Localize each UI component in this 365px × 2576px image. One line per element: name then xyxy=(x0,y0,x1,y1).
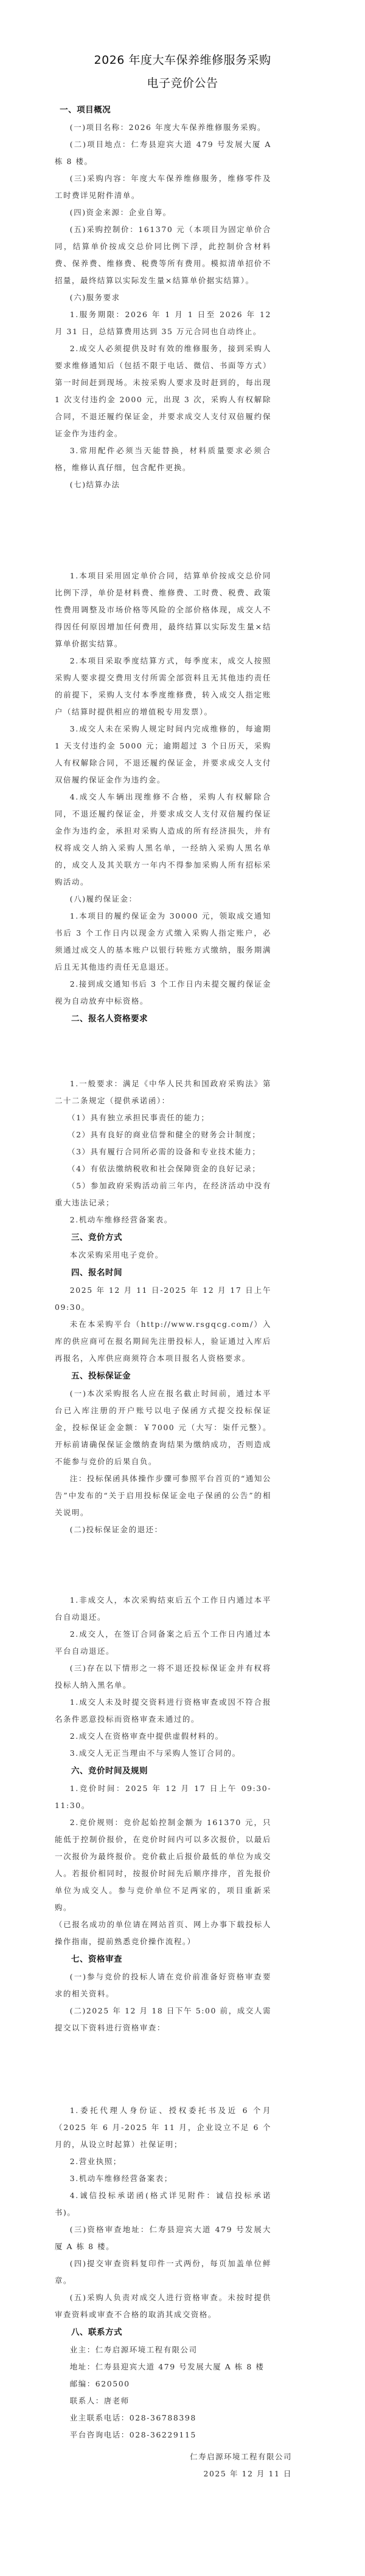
paragraph: 4.诚信投标承诺函(格式详见附件：诚信投标承诺书)。 xyxy=(55,2187,271,2221)
paragraph: 3.成交人无正当理由不与采购人签订合同的。 xyxy=(55,1745,271,1762)
contact-address: 地址：仁寿县迎宾大道 479 号发展大厦 A 栋 8 楼 xyxy=(55,2358,271,2376)
paragraph: (一)项目名称：2026 年度大车保养维修服务采购。 xyxy=(55,119,271,136)
paragraph: 2.本项目采取季度结算方式，每季度末，成交人按照采购人要求提交费用支付所需全部资… xyxy=(55,653,271,721)
paragraph: (六)服务要求 xyxy=(55,289,271,306)
paragraph: (四)提交审查资料复印件一式两份，每页加盖单位鲜章。 xyxy=(55,2255,271,2289)
section-heading: 六、竞价时间及规则 xyxy=(55,1762,271,1780)
signature-company: 仁寿启源环境工程有限公司 xyxy=(182,2448,292,2465)
paragraph: 2.营业执照； xyxy=(55,2153,271,2170)
list-item: （5）参加政府采购活动前三年内，在经济活动中没有重大违法记录； xyxy=(55,1177,271,1211)
paragraph: (五)采购控制价：161370 元（本项目为固定单价合同，结算单价按成交总价同比… xyxy=(55,221,271,289)
section-heading: 四、报名时间 xyxy=(55,1264,271,1282)
paragraph: (三)采购内容：年度大车保养维修服务，维修零件及工时费详见附件清单。 xyxy=(55,170,271,204)
paragraph: 1.委托代理人身份证、授权委托书及近 6 个月（2025 年 6 月-2025 … xyxy=(55,2102,271,2153)
paragraph: 2.机动车维修经营备案表。 xyxy=(55,1211,271,1228)
contact-postcode: 邮编：620500 xyxy=(55,2376,271,2393)
paragraph: 2.成交人在资格审查中提供虚假材料的。 xyxy=(55,1728,271,1745)
paragraph: (五)采购人负责对成交人进行资格审查。未按时提供审查资料或审查不合格的取消其成交… xyxy=(55,2289,271,2323)
list-item: （2）具有良好的商业信誉和健全的财务会计制度； xyxy=(55,1126,271,1143)
document-title: 2026 年度大车保养维修服务采购 电子竞价公告 xyxy=(0,49,365,95)
contact-owner: 业主：仁寿启源环境工程有限公司 xyxy=(55,2341,271,2358)
paragraph: （已报名成功的单位请在网站首页、网上办事下载投标人操作指南，提前熟悉竞价操作流程… xyxy=(55,1916,271,1950)
paragraph: (四)资金来源：企业自筹。 xyxy=(55,204,271,221)
paragraph: 注：投标保函具体操作步骤可参照平台首页的“通知公告”中发布的“关于启用投标保证金… xyxy=(55,1470,271,1521)
paragraph: (一)参与竞价的投标人请在竞价前准备好资格审查要求的相关资料。 xyxy=(55,1968,271,2002)
list-item: （1）具有独立承担民事责任的能力； xyxy=(55,1109,271,1126)
paragraph: 3.常用配件必须当天能替换，材料质量要求必须合格，维修认真仔细，包含配件更换。 xyxy=(55,442,271,476)
paragraph: 2025 年 12 月 11 日-2025 年 12 月 17 日上午 09:3… xyxy=(55,1282,271,1316)
paragraph: 2.接到成交通知书后 3 个工作日内未提交履约保证金视为自动放弃中标资格。 xyxy=(55,976,271,1010)
section-review-materials: 1.委托代理人身份证、授权委托书及近 6 个月（2025 年 6 月-2025 … xyxy=(55,2102,271,2444)
paragraph: 1.服务期限：2026 年 1 月 1 日至 2026 年 12 月 31 日，… xyxy=(55,306,271,340)
paragraph: 2.竞价规则：竞价起始控制金额为 161370 元，只能低于控制价报价，在竞价时… xyxy=(55,1814,271,1916)
title-line-1: 2026 年度大车保养维修服务采购 xyxy=(0,49,365,72)
paragraph: 1.竞价时间：2025 年 12 月 17 日上午 09:30-11:30。 xyxy=(55,1780,271,1814)
paragraph: 2.成交人必须提供及时有效的维修服务，接到采购人要求维修通知后（包括不限于电话、… xyxy=(55,340,271,442)
section-deposit-refund: 1.非成交人，本次采购结束后五个工作日内通过本平台自动退还。 2.成交人，在签订… xyxy=(55,1592,271,2036)
list-item: （3）具有履行合同所必需的设备和专业技术能力； xyxy=(55,1143,271,1160)
section-heading: 一、项目概况 xyxy=(55,101,271,119)
paragraph: 1.一般要求：满足《中华人民共和国政府采购法》第二十二条规定（提供承诺函）： xyxy=(55,1075,271,1109)
paragraph: (八)履约保证金： xyxy=(55,891,271,908)
paragraph: (二)项目地点：仁寿县迎宾大道 479 号发展大厦 A 栋 8 楼。 xyxy=(55,136,271,170)
paragraph: (三)存在以下情形之一将不退还投标保证金并有权将投标人纳入黑名单。 xyxy=(55,1660,271,1694)
paragraph: 1.非成交人，本次采购结束后五个工作日内通过本平台自动退还。 xyxy=(55,1592,271,1626)
section-heading: 五、投标保证金 xyxy=(55,1367,271,1385)
section-heading: 二、报名人资格要求 xyxy=(55,1010,271,1028)
section-project-overview: 一、项目概况 (一)项目名称：2026 年度大车保养维修服务采购。 (二)项目地… xyxy=(55,101,271,493)
paragraph: 本次采购采用电子竞价。 xyxy=(55,1247,271,1264)
paragraph: 3.机动车维修经营备案表； xyxy=(55,2170,271,2187)
paragraph: 2.成交人，在签订合同备案之后五个工作日内通过本平台自动退还。 xyxy=(55,1626,271,1660)
list-item: （4）有依法缴纳税收和社会保障资金的良好记录； xyxy=(55,1160,271,1177)
contact-platform-phone: 平台咨询电话：028-36229115 xyxy=(55,2427,271,2444)
paragraph: (三)资格审查地址：仁寿县迎宾大道 479 号发展大厦 A 栋 8 楼。 xyxy=(55,2221,271,2255)
signature-block: 仁寿启源环境工程有限公司 2025 年 12 月 11 日 xyxy=(182,2448,292,2482)
section-qualification: 1.一般要求：满足《中华人民共和国政府采购法》第二十二条规定（提供承诺函）： （… xyxy=(55,1075,271,1538)
section-heading: 七、资格审查 xyxy=(55,1950,271,1968)
paragraph: (二)投标保证金的退还： xyxy=(55,1521,271,1538)
paragraph: (七)结算办法 xyxy=(55,476,271,493)
section-heading: 八、联系方式 xyxy=(55,2323,271,2341)
paragraph: 3.成交人未在采购人规定时间内完成维修的，每逾期 1 天支付违约金 5000 元… xyxy=(55,721,271,789)
title-line-2: 电子竞价公告 xyxy=(0,72,365,95)
section-heading: 三、竞价方式 xyxy=(55,1228,271,1247)
paragraph: 1.成交人未及时提交资料进行资格审查或因不符合报名条件恶意投标而资格审查未通过的… xyxy=(55,1694,271,1728)
paragraph: (一)本次采购报名人应在报名截止时间前，通过本平台已入库注册的开户账号以电子保函… xyxy=(55,1385,271,1470)
signature-date: 2025 年 12 月 11 日 xyxy=(182,2465,292,2482)
paragraph: 1.本项目的履约保证金为 30000 元，领取成交通知书后 3 个工作日内以现金… xyxy=(55,908,271,976)
contact-owner-phone: 业主联系电话：028-36788398 xyxy=(55,2410,271,2427)
paragraph: 1.本项目采用固定单价合同，结算单价按成交总价同比例下浮，单价是材料费、维修费、… xyxy=(55,567,271,653)
paragraph: 4.成交人车辆出现维修不合格，采购人有权解除合同，不退还履约保证金，并要求成交人… xyxy=(55,789,271,891)
paragraph: 未在本采购平台（http://www.rsgqcg.com/）入库的供应商可在报… xyxy=(55,1316,271,1367)
section-settlement: 1.本项目采用固定单价合同，结算单价按成交总价同比例下浮，单价是材料费、维修费、… xyxy=(55,567,271,1028)
paragraph: (二)2025 年 12 月 18 日下午 5:00 前，成交人需提交以下资料进… xyxy=(55,2002,271,2036)
contact-person: 联系人：唐老师 xyxy=(55,2393,271,2410)
